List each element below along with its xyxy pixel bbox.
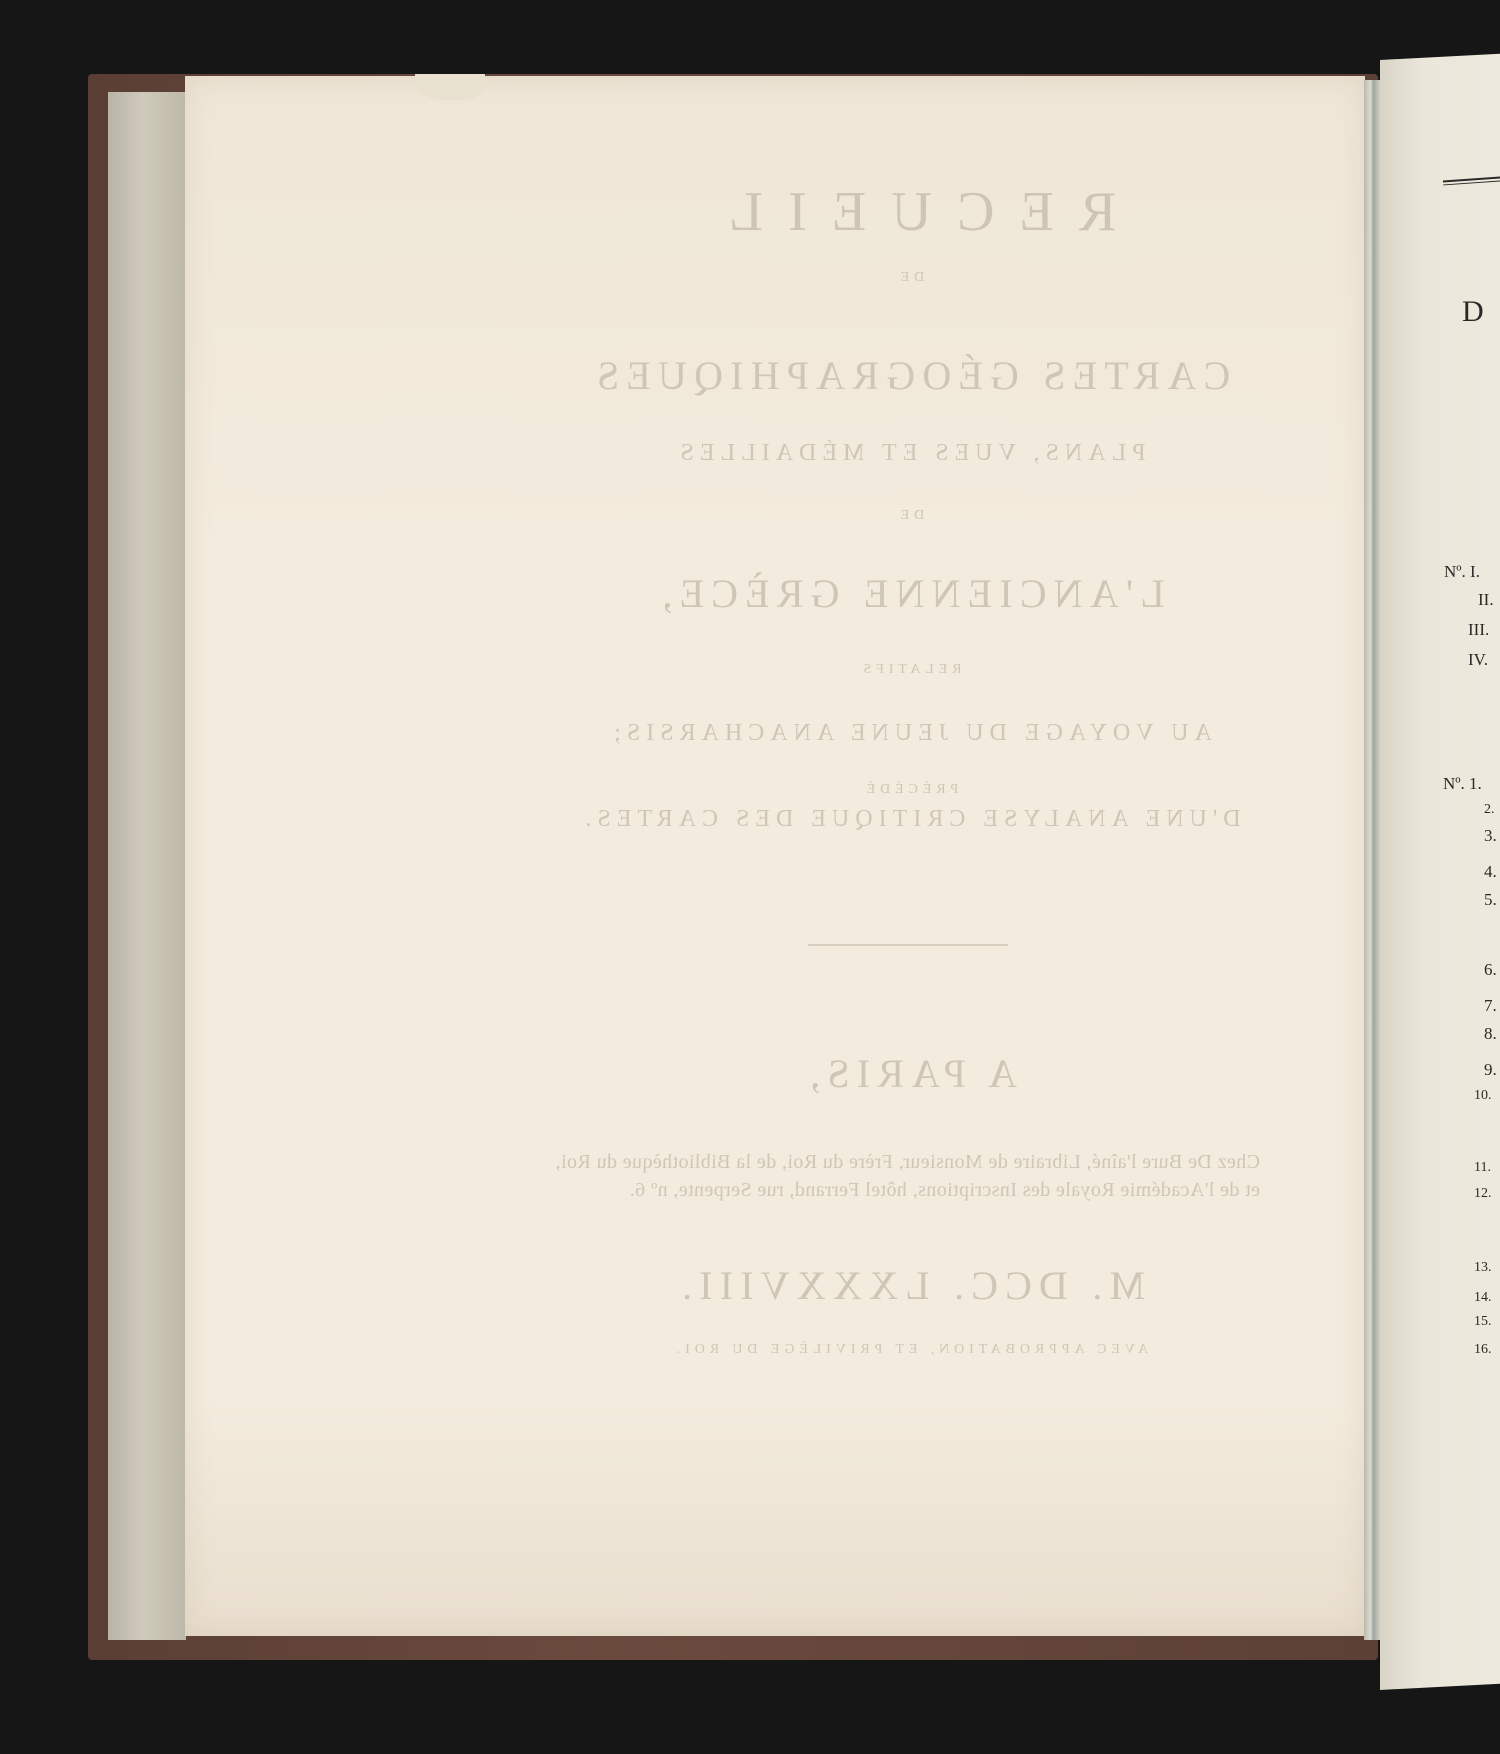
show-through-line: DE (500, 508, 1320, 524)
page-tab-tear (415, 74, 485, 100)
list-item: 5. (1484, 890, 1497, 910)
list-item: 14. (1474, 1290, 1492, 1306)
show-through-line: PRÉCÉDÉ (500, 782, 1320, 798)
show-through-line: PLANS, VUES ET MÉDAILLES (500, 440, 1320, 467)
list-item: Nº. 1. (1443, 774, 1482, 794)
list-item: 9. (1484, 1060, 1497, 1080)
show-through-line: M. DCC. LXXXVIII. (500, 1262, 1320, 1309)
show-through-line: AVEC APPROBATION, ET PRIVILÈGE DU ROI. (500, 1342, 1320, 1358)
list-item: 4. (1484, 862, 1497, 882)
right-page-initial: D (1462, 295, 1484, 329)
list-item: 11. (1474, 1160, 1491, 1176)
show-through-title: RECUEIL (500, 180, 1320, 244)
show-through-line: DE (500, 270, 1320, 286)
list-item: 15. (1474, 1314, 1492, 1330)
book-gutter (1364, 80, 1380, 1640)
list-item: II. (1478, 590, 1494, 610)
show-through-line: A PARIS, (500, 1050, 1320, 1097)
left-page (185, 76, 1365, 1636)
list-item: 8. (1484, 1024, 1497, 1044)
list-item: 7. (1484, 996, 1497, 1016)
list-item: 10. (1474, 1088, 1492, 1104)
list-item: IV. (1468, 650, 1488, 670)
show-through-line: L'ANCIENNE GRÈCE, (500, 570, 1320, 617)
list-item: 2. (1484, 802, 1495, 818)
list-item: 6. (1484, 960, 1497, 980)
list-item: 13. (1474, 1260, 1492, 1276)
list-item: 12. (1474, 1186, 1492, 1202)
list-item: Nº. I. (1444, 562, 1480, 582)
show-through-line: D'UNE ANALYSE CRITIQUE DES CARTES. (500, 806, 1320, 833)
show-through-line: CARTES GÉOGRAPHIQUES (500, 352, 1320, 399)
list-item: 16. (1474, 1342, 1492, 1358)
list-item: III. (1468, 620, 1489, 640)
show-through-line: AU VOYAGE DU JEUNE ANACHARSIS; (500, 720, 1320, 747)
list-item: 3. (1484, 826, 1497, 846)
endpaper-pastedown (108, 92, 186, 1640)
show-through-line: RELATIFS (500, 662, 1320, 678)
ornamental-rule (808, 944, 1008, 946)
show-through-imprint: Chez De Bure l'aîné, Libraire de Monsieu… (540, 1148, 1260, 1204)
